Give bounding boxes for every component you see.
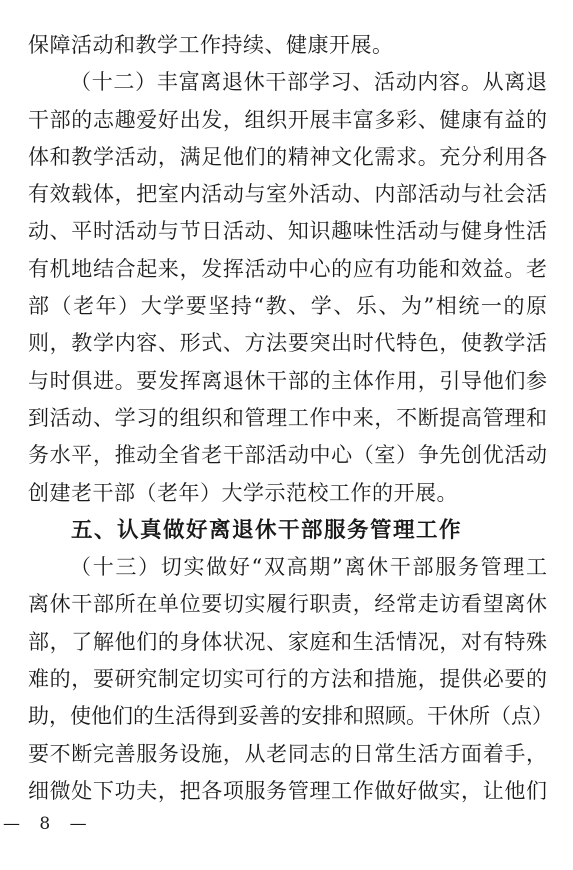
text-line: 难的，要研究制定切实可行的方法和措施，提供必要的帮 (28, 661, 547, 698)
text-line: 则，教学内容、形式、方法要突出时代特色，使教学活动 (28, 325, 547, 362)
text-line: 部（老年）大学要坚持“教、学、乐、为”相统一的原 (28, 288, 547, 325)
text-line: 干部的志趣爱好出发，组织开展丰富多彩、健康有益的文 (28, 102, 547, 139)
text-line: 到活动、学习的组织和管理工作中来，不断提高管理和服 (28, 400, 547, 437)
text-line: 保障活动和教学工作持续、健康开展。 (28, 27, 547, 64)
text-line: 体和教学活动，满足他们的精神文化需求。充分利用各种 (28, 139, 547, 176)
text-line: 离休干部所在单位要切实履行职责，经常走访看望离休干 (28, 586, 547, 623)
text-line: （十三）切实做好“双高期”离休干部服务管理工作。 (28, 549, 547, 586)
text-line: 创建老干部（老年）大学示范校工作的开展。 (28, 475, 547, 512)
text-line: 与时俱进。要发挥离退休干部的主体作用，引导他们参与 (28, 363, 547, 400)
text-line: 要不断完善服务设施，从老同志的日常生活方面着手，在 (28, 736, 547, 773)
text-line: 动、平时活动与节日活动、知识趣味性活动与健身性活动 (28, 213, 547, 250)
page-number: — 8 — (3, 812, 573, 836)
text-line: 部，了解他们的身体状况、家庭和生活情况，对有特殊困 (28, 624, 547, 661)
text-line: 有效载体，把室内活动与室外活动、内部活动与社会活 (28, 176, 547, 213)
text-line: 务水平，推动全省老干部活动中心（室）争先创优活动和 (28, 437, 547, 474)
document-page: 保障活动和教学工作持续、健康开展。（十二）丰富离退休干部学习、活动内容。从离退休… (0, 0, 573, 870)
text-line: 有机地结合起来，发挥活动中心的应有功能和效益。老干 (28, 251, 547, 288)
text-lines: 保障活动和教学工作持续、健康开展。（十二）丰富离退休干部学习、活动内容。从离退休… (0, 0, 573, 810)
text-line: 助，使他们的生活得到妥善的安排和照顾。干休所（点） (28, 698, 547, 735)
text-line: （十二）丰富离退休干部学习、活动内容。从离退休 (28, 64, 547, 101)
text-line: 细微处下功夫，把各项服务管理工作做好做实，让他们过 (28, 773, 547, 810)
section-heading: 五、认真做好离退休干部服务管理工作 (28, 512, 547, 549)
